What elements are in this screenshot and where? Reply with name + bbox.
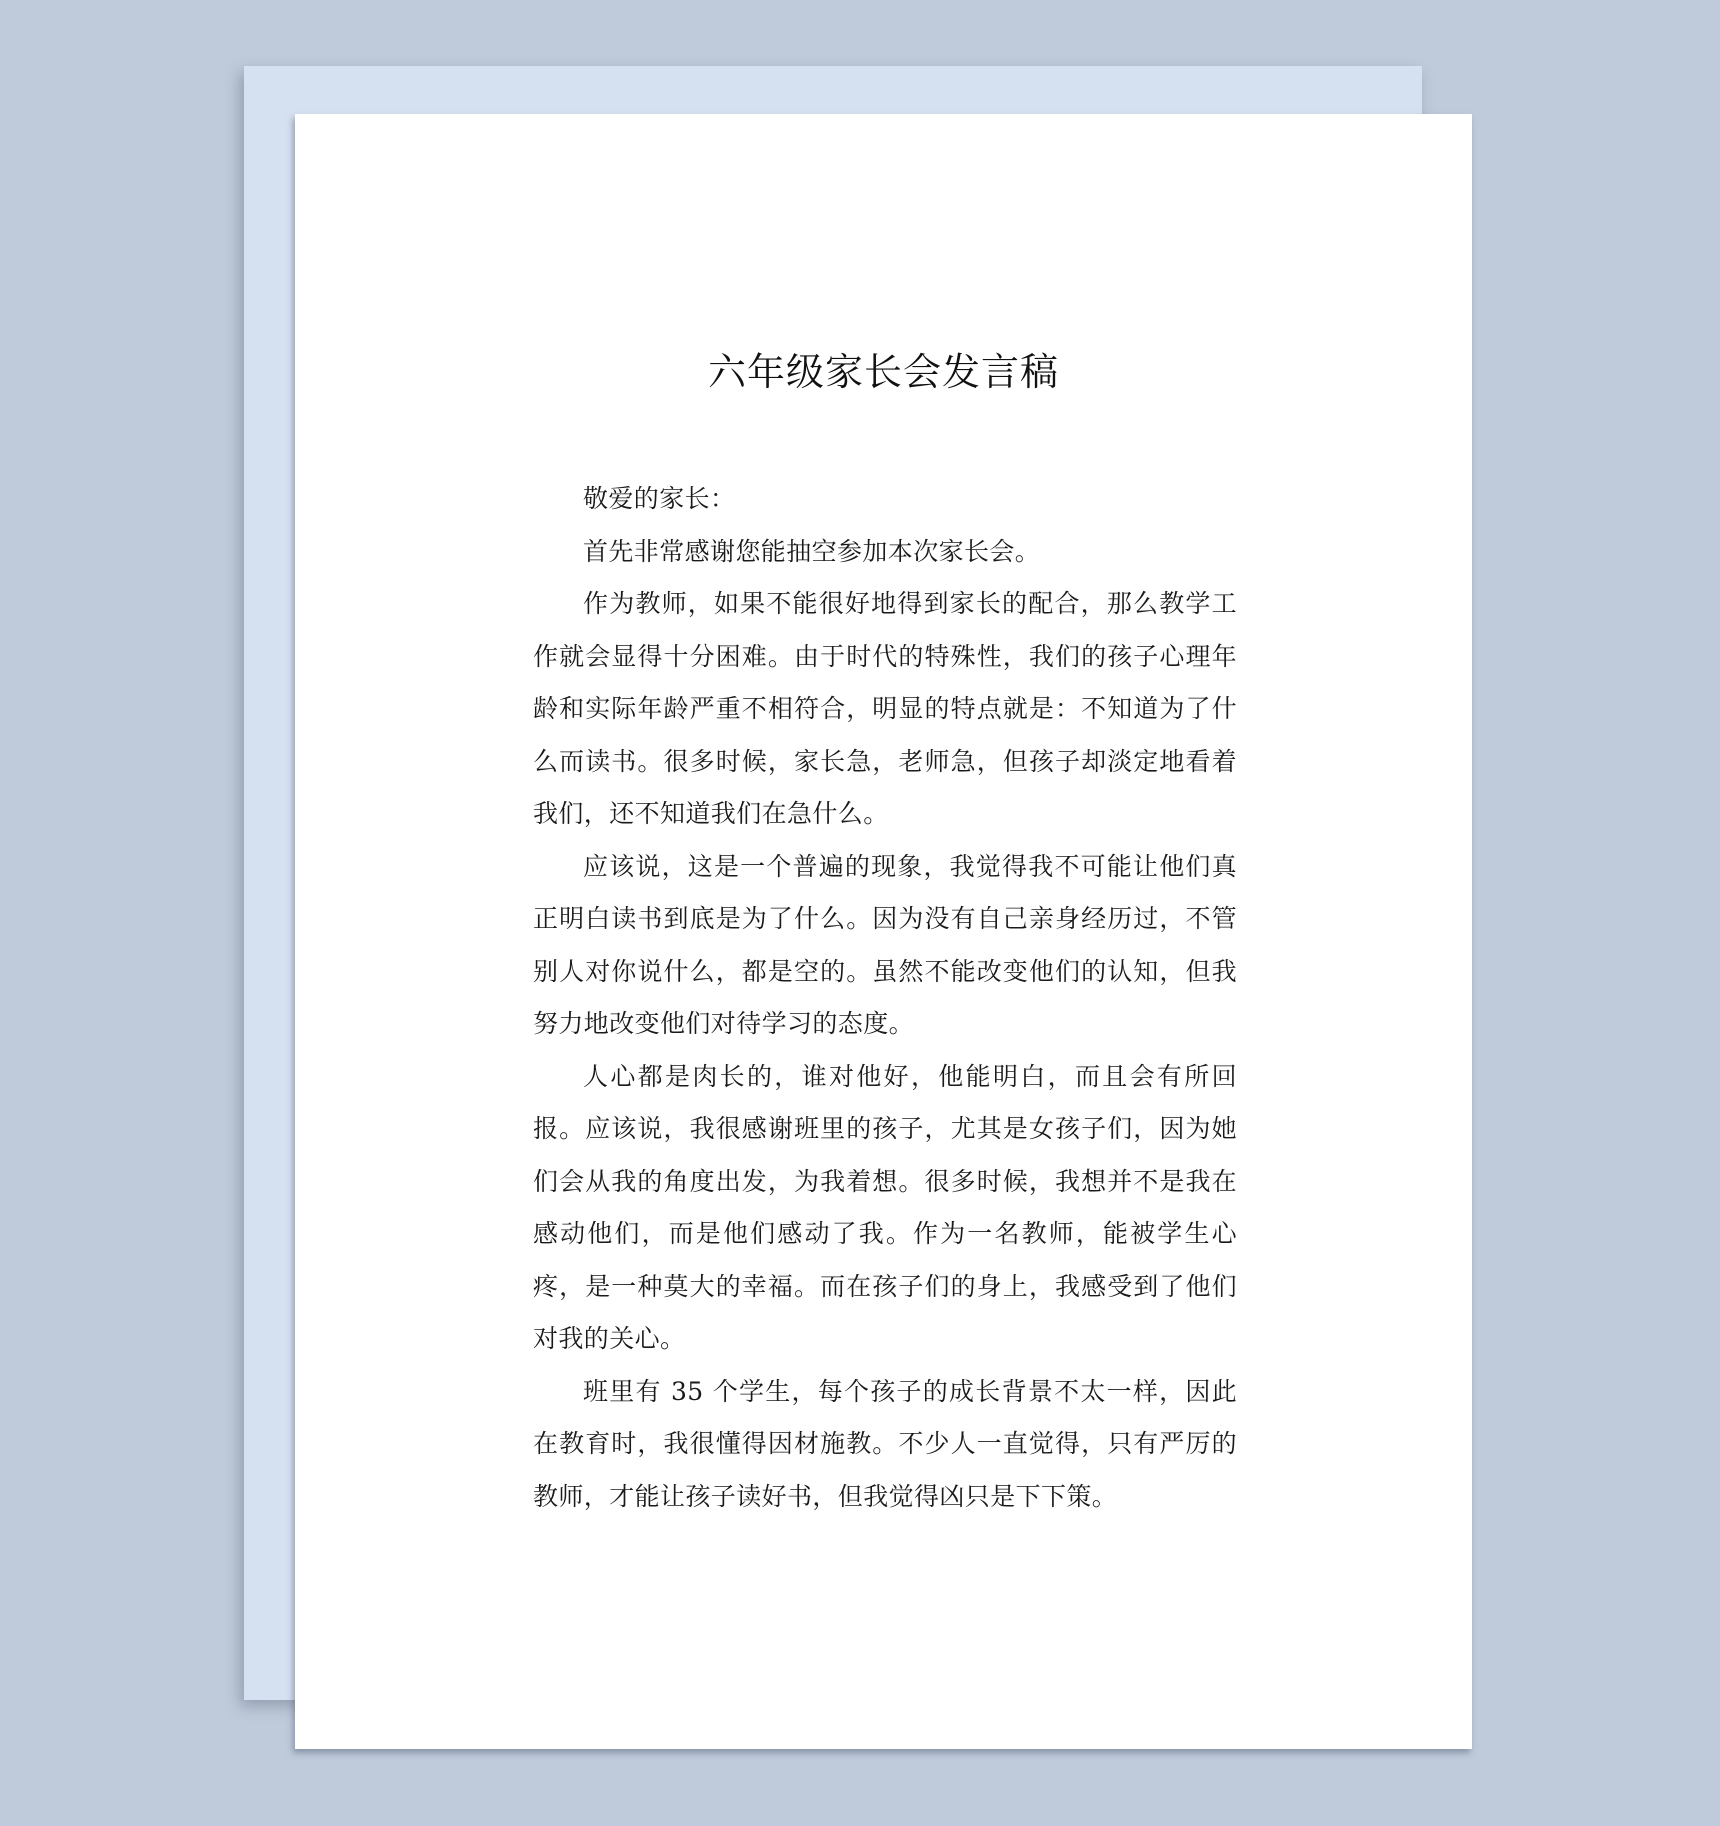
paragraph-2: 作为教师，如果不能很好地得到家长的配合，那么教学工作就会显得十分困难。由于时代的… (533, 578, 1237, 841)
paragraph-3: 应该说，这是一个普遍的现象，我觉得我不可能让他们真正明白读书到底是为了什么。因为… (533, 841, 1237, 1051)
paragraph-5: 班里有 35 个学生，每个孩子的成长背景不太一样，因此在教育时，我很懂得因材施教… (533, 1366, 1237, 1524)
paragraph-4: 人心都是肉长的，谁对他好，他能明白，而且会有所回报。应该说，我很感谢班里的孩子，… (533, 1051, 1237, 1366)
document-page: 六年级家长会发言稿 敬爱的家长： 首先非常感谢您能抽空参加本次家长会。 作为教师… (295, 114, 1472, 1749)
document-body: 敬爱的家长： 首先非常感谢您能抽空参加本次家长会。 作为教师，如果不能很好地得到… (533, 473, 1237, 1523)
salutation: 敬爱的家长： (533, 473, 1237, 526)
paragraph-1: 首先非常感谢您能抽空参加本次家长会。 (533, 526, 1237, 579)
document-title: 六年级家长会发言稿 (295, 346, 1472, 398)
